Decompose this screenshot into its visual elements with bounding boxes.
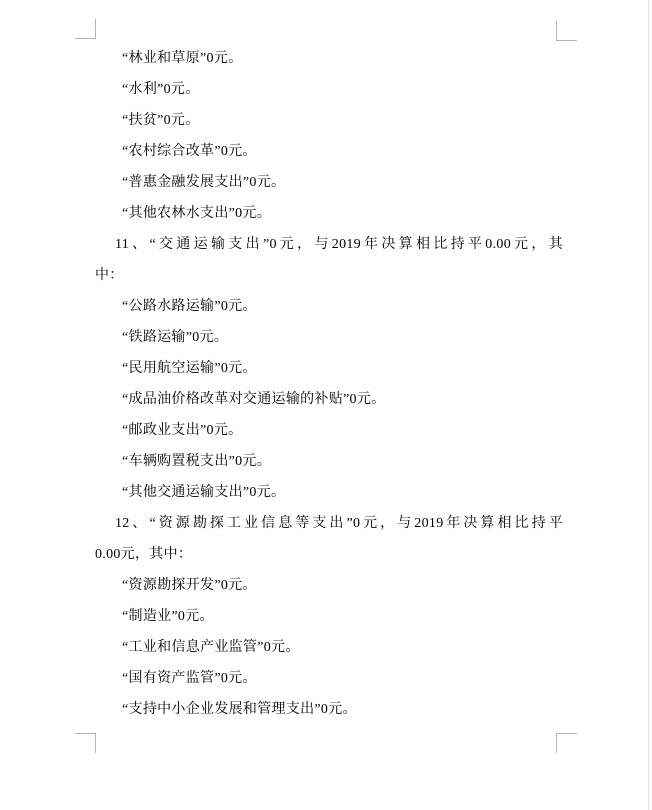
page-edge-line [648, 0, 649, 810]
text-line: “支持中小企业发展和管理支出”0元。 [95, 694, 563, 725]
text-line: “邮政业支出”0元。 [95, 415, 563, 446]
document-text-column: “林业和草原”0元。“水利”0元。“扶贫”0元。“农村综合改革”0元。“普惠金融… [95, 43, 563, 725]
text-line: “扶贫”0元。 [95, 105, 563, 136]
text-line: “水利”0元。 [95, 74, 563, 105]
text-line: “工业和信息产业监管”0元。 [95, 632, 563, 663]
text-line: “其他交通运输支出”0元。 [95, 477, 563, 508]
text-line: 11、“交通运输支出”0元，与2019年决算相比持平0.00元，其 [95, 229, 563, 260]
text-line: “制造业”0元。 [95, 601, 563, 632]
text-boundary-mark-top-right [556, 21, 577, 41]
text-boundary-mark-bottom-right [556, 733, 577, 753]
text-line: 0.00元，其中： [95, 539, 563, 570]
text-line: “国有资产监管”0元。 [95, 663, 563, 694]
text-boundary-mark-top-left [75, 19, 96, 39]
text-line: “车辆购置税支出”0元。 [95, 446, 563, 477]
text-line: “民用航空运输”0元。 [95, 353, 563, 384]
text-line: “成品油价格改革对交通运输的补贴”0元。 [95, 384, 563, 415]
text-line: “公路水路运输”0元。 [95, 291, 563, 322]
text-line: “资源勘探开发”0元。 [95, 570, 563, 601]
text-line: “林业和草原”0元。 [95, 43, 563, 74]
text-line: 12、“资源勘探工业信息等支出”0元，与2019年决算相比持平 [95, 508, 563, 539]
text-line: “农村综合改革”0元。 [95, 136, 563, 167]
text-line: “其他农林水支出”0元。 [95, 198, 563, 229]
text-line: “普惠金融发展支出”0元。 [95, 167, 563, 198]
text-boundary-mark-bottom-left [75, 733, 96, 753]
text-line: “铁路运输”0元。 [95, 322, 563, 353]
text-line: 中： [95, 260, 563, 291]
